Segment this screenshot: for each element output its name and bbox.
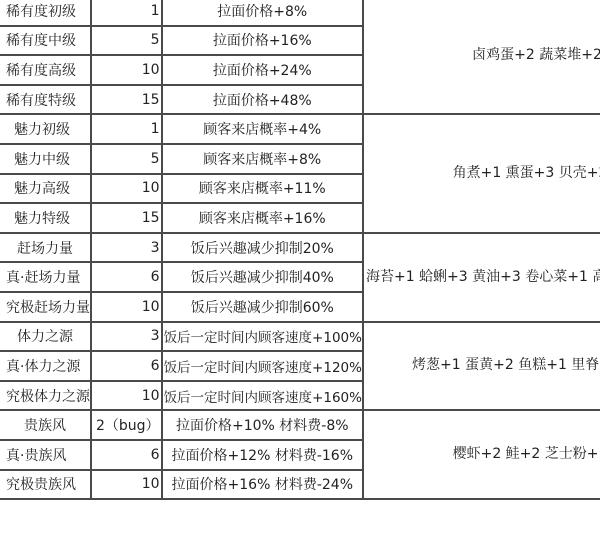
skill-name: 究极贵族风	[0, 470, 91, 500]
skill-name: 真·体力之源	[0, 351, 91, 381]
skill-effect: 饭后兴趣减少抑制20%	[162, 233, 363, 263]
skill-level: 10	[91, 174, 162, 204]
skill-name: 稀有度特级	[0, 85, 91, 115]
skill-level: 1	[91, 114, 162, 144]
skill-level: 10	[91, 292, 162, 322]
table-row: 赶场力量 3 饭后兴趣减少抑制20% 海苔+1 蛤蜊+3 黄油+3 卷心菜+1 …	[0, 233, 600, 263]
skill-level: 6	[91, 351, 162, 381]
skill-name: 赶场力量	[0, 233, 91, 263]
skill-effect: 顾客来店概率+16%	[162, 203, 363, 233]
skill-effect: 拉面价格+16%	[162, 26, 363, 56]
skill-name: 稀有度初级	[0, 0, 91, 26]
skill-level: 15	[91, 203, 162, 233]
skill-level: 3	[91, 233, 162, 263]
skill-effect: 饭后兴趣减少抑制40%	[162, 262, 363, 292]
skill-materials: 卤鸡蛋+2 蔬菜堆+2 樱虾+2	[363, 0, 600, 114]
skill-level: 10	[91, 381, 162, 411]
skill-effect: 饭后兴趣减少抑制60%	[162, 292, 363, 322]
skill-effect: 顾客来店概率+8%	[162, 144, 363, 174]
skill-materials: 樱虾+2 鲑+2 芝士粉+1 白头葱+2	[363, 410, 600, 499]
skill-effect: 拉面价格+24%	[162, 55, 363, 85]
skill-level: 5	[91, 144, 162, 174]
skill-level: 6	[91, 262, 162, 292]
skill-table: 稀有度初级 1 拉面价格+8% 卤鸡蛋+2 蔬菜堆+2 樱虾+2 稀有度中级 5…	[0, 0, 600, 500]
skill-name: 稀有度高级	[0, 55, 91, 85]
table-row: 体力之源 3 饭后一定时间内顾客速度+100% 烤葱+1 蛋黄+2 鱼糕+1 里…	[0, 322, 600, 352]
skill-level: 3	[91, 322, 162, 352]
skill-effect: 饭后一定时间内顾客速度+100%	[162, 322, 363, 352]
skill-name: 魅力高级	[0, 174, 91, 204]
skill-effect: 顾客来店概率+4%	[162, 114, 363, 144]
skill-effect: 拉面价格+10% 材料费-8%	[162, 410, 363, 440]
table-row: 魅力初级 1 顾客来店概率+4% 角煮+1 熏蛋+3 贝壳+2 芝士粉+2	[0, 114, 600, 144]
skill-level: 10	[91, 470, 162, 500]
skill-name: 体力之源	[0, 322, 91, 352]
skill-name: 究极赶场力量	[0, 292, 91, 322]
skill-effect: 拉面价格+8%	[162, 0, 363, 26]
skill-effect: 拉面价格+16% 材料费-24%	[162, 470, 363, 500]
skill-name: 魅力中级	[0, 144, 91, 174]
skill-name: 真·贵族风	[0, 440, 91, 470]
skill-materials: 烤葱+1 蛋黄+2 鱼糕+1 里脊叉烧+1 胡萝卜+2	[363, 322, 600, 411]
skill-materials: 海苔+1 蛤蜊+3 黄油+3 卷心菜+1 高菜+3 五花肉+1 白菜+2	[363, 233, 600, 322]
skill-name: 魅力特级	[0, 203, 91, 233]
skill-effect: 拉面价格+12% 材料费-16%	[162, 440, 363, 470]
skill-effect: 饭后一定时间内顾客速度+120%	[162, 351, 363, 381]
skill-effect: 饭后一定时间内顾客速度+160%	[162, 381, 363, 411]
table-row: 贵族风 2（bug） 拉面价格+10% 材料费-8% 樱虾+2 鲑+2 芝士粉+…	[0, 410, 600, 440]
skill-name: 魅力初级	[0, 114, 91, 144]
skill-name: 贵族风	[0, 410, 91, 440]
skill-level: 2（bug）	[91, 410, 162, 440]
skill-level: 10	[91, 55, 162, 85]
table-row: 稀有度初级 1 拉面价格+8% 卤鸡蛋+2 蔬菜堆+2 樱虾+2	[0, 0, 600, 26]
skill-level: 15	[91, 85, 162, 115]
skill-level: 6	[91, 440, 162, 470]
skill-level: 5	[91, 26, 162, 56]
skill-level: 1	[91, 0, 162, 26]
skill-effect: 拉面价格+48%	[162, 85, 363, 115]
skill-effect: 顾客来店概率+11%	[162, 174, 363, 204]
skill-name: 稀有度中级	[0, 26, 91, 56]
skill-name: 真·赶场力量	[0, 262, 91, 292]
skill-name: 究极体力之源	[0, 381, 91, 411]
skill-materials: 角煮+1 熏蛋+3 贝壳+2 芝士粉+2	[363, 114, 600, 232]
